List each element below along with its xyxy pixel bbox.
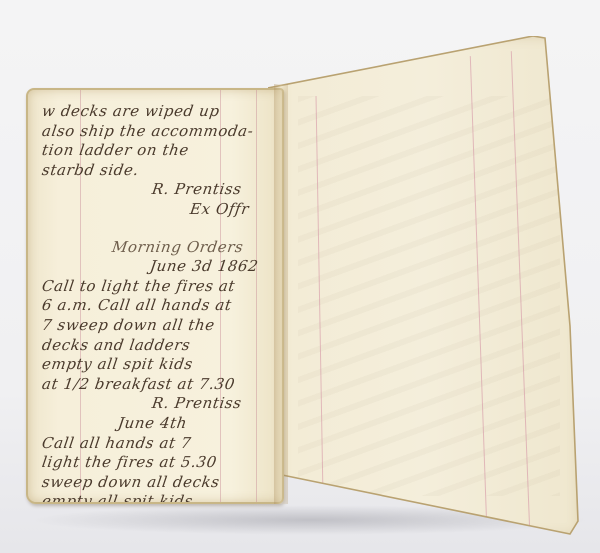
handwriting-line: also ship the accommoda- [41, 122, 276, 142]
handwritten-text: w decks are wiped up also ship the accom… [42, 102, 274, 504]
handwriting-line: Call all hands at 7 [41, 434, 276, 454]
handwriting-line: empty all spit kids [41, 492, 276, 504]
handwriting-line: tion ladder on the [41, 141, 276, 161]
book-spine [274, 84, 288, 504]
handwriting-line: light the fires at 5.30 [41, 453, 276, 473]
section-heading: Morning Orders [41, 238, 276, 258]
signature-title: Ex Offr [41, 200, 276, 220]
handwriting-line: sweep down all decks [41, 473, 276, 493]
handwriting-line: empty all spit kids [41, 355, 276, 375]
right-page [268, 36, 580, 536]
handwriting-line: 6 a.m. Call all hands at [41, 296, 276, 316]
handwriting-line: w decks are wiped up [41, 102, 276, 122]
left-page: w decks are wiped up also ship the accom… [26, 88, 284, 504]
signature: R. Prentiss [41, 180, 276, 200]
handwriting-line: Call to light the fires at [41, 277, 276, 297]
date-line: June 3d 1862 [41, 257, 276, 277]
signature: R. Prentiss [41, 394, 276, 414]
handwriting-line: at 1/2 breakfast at 7.30 [41, 375, 276, 395]
handwriting-line: 7 sweep down all the [41, 316, 276, 336]
date-line: June 4th [41, 414, 276, 434]
handwriting-line: decks and ladders [41, 336, 276, 356]
photo-scene: w decks are wiped up also ship the accom… [0, 0, 600, 553]
handwriting-line: starbd side. [41, 161, 276, 181]
